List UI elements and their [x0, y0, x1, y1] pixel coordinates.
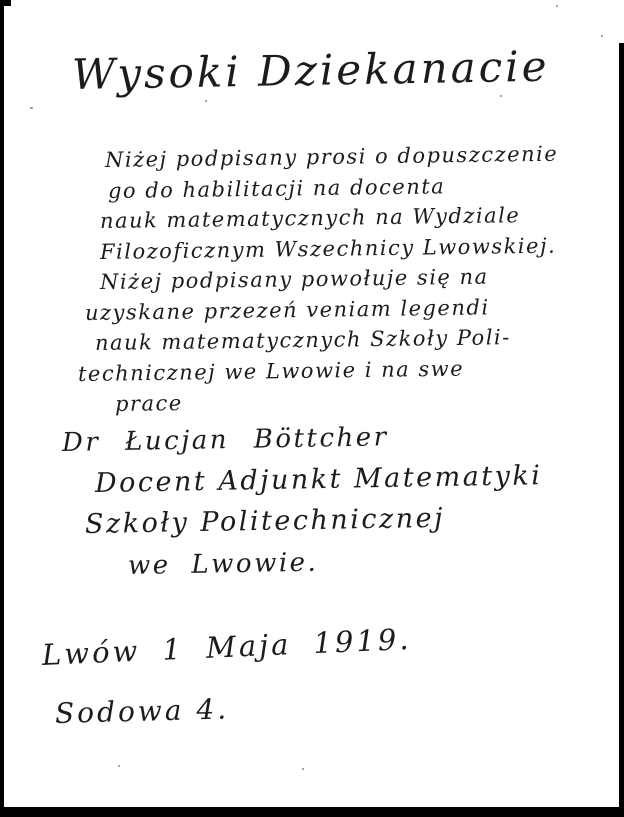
scan-speck: [205, 100, 207, 102]
body-line: Filozoficznym Wszechnicy Lwowskiej.: [100, 234, 556, 264]
letter-address: Sodowa 4.: [55, 692, 230, 730]
scan-speck: [500, 95, 502, 97]
scan-speck: [30, 107, 33, 109]
body-line: uzyskane przezeń veniam legendi: [85, 295, 490, 325]
scan-border-left: [0, 2, 4, 817]
scanned-letter-page: Wysoki Dziekanacie Niżej podpisany prosi…: [0, 0, 624, 817]
body-line: prace: [115, 391, 183, 416]
body-line: nauk matematycznych Szkoły Poli-: [95, 325, 511, 355]
letter-date: Lwów 1 Maja 1919.: [41, 622, 412, 672]
body-line: nauk matematycznych na Wydziale: [100, 203, 521, 233]
signature-city: we Lwowie.: [128, 548, 319, 581]
body-line: technicznej we Lwowie i na swe: [78, 357, 464, 386]
letter-salutation: Wysoki Dziekanacie: [72, 42, 550, 99]
signature-title: Docent Adjunkt Matematyki: [95, 460, 543, 499]
signature-institution: Szkoły Politechnicznej: [85, 503, 445, 540]
scan-speck: [118, 765, 120, 767]
scan-speck: [601, 35, 603, 37]
scan-border-bottom: [0, 807, 624, 817]
scan-border-right: [619, 43, 624, 817]
scan-border-top-left: [0, 0, 11, 6]
scan-speck: [556, 5, 558, 7]
body-line: Niżej podpisany powołuje się na: [100, 265, 489, 294]
scan-speck: [302, 768, 304, 770]
body-line: go do habilitacji na docenta: [108, 174, 446, 203]
signature-name: Dr Łucjan Böttcher: [62, 422, 389, 458]
body-line: Niżej podpisany prosi o dopuszczenie: [105, 142, 559, 172]
